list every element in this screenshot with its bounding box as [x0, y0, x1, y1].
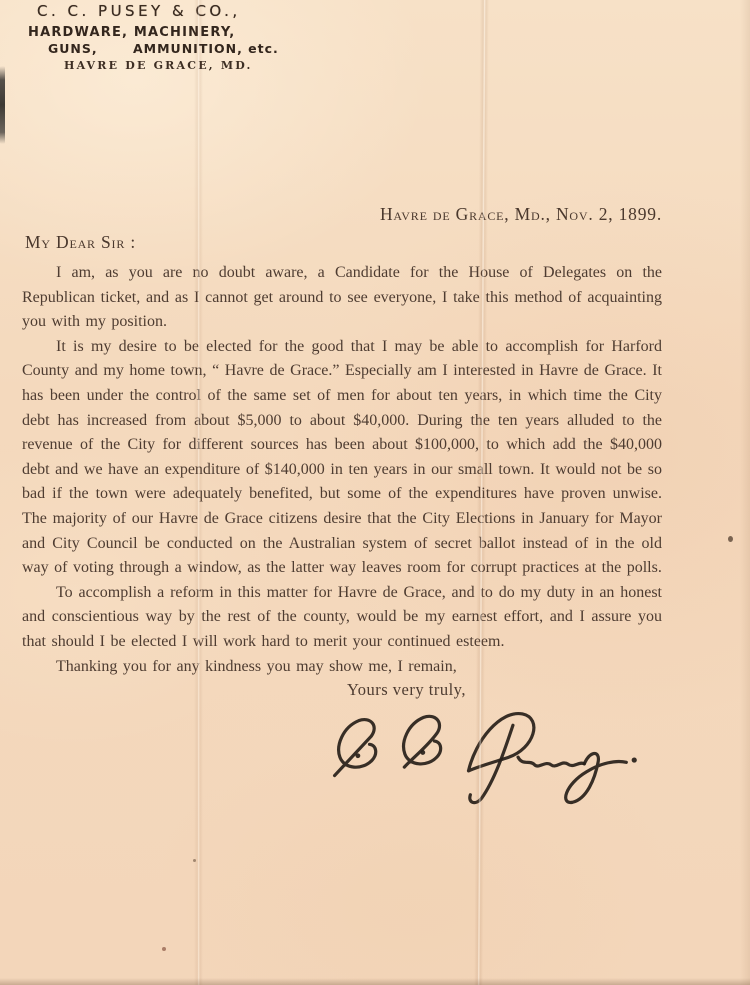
- letterhead-company-name: C. C. PUSEY & CO.,: [37, 2, 241, 20]
- paragraph-1: I am, as you are no doubt aware, a Candi…: [22, 261, 662, 335]
- salutation: My Dear Sir :: [25, 231, 750, 253]
- letter-body: I am, as you are no doubt aware, a Candi…: [22, 261, 662, 679]
- dateline: Havre de Grace, Md., Nov. 2, 1899.: [0, 204, 750, 225]
- ink-speck: [193, 859, 196, 862]
- signature: [328, 704, 658, 812]
- paragraph-2: It is my desire to be elected for the go…: [22, 335, 662, 581]
- scanned-letter: C. C. PUSEY & CO., HARDWARE, MACHINERY, …: [0, 0, 750, 985]
- closing-valediction: Yours very truly,: [347, 680, 750, 700]
- letterhead-products-ammunition: AMMUNITION, etc.: [133, 41, 279, 56]
- paragraph-3: To accomplish a reform in this matter fo…: [22, 581, 662, 655]
- paper-bottom-edge-shadow: [0, 978, 750, 985]
- letterhead: C. C. PUSEY & CO., HARDWARE, MACHINERY, …: [0, 0, 750, 75]
- scan-edge-mark: [0, 66, 5, 144]
- paper-right-edge-shade: [740, 0, 750, 985]
- letterhead-products-line1: HARDWARE, MACHINERY,: [28, 25, 235, 40]
- signature-autograph: [326, 698, 659, 813]
- paragraph-4: Thanking you for any kindness you may sh…: [22, 655, 662, 680]
- letterhead-products-guns: GUNS,: [48, 41, 98, 56]
- ink-speck: [162, 947, 166, 951]
- letterhead-city: HAVRE DE GRACE, MD.: [64, 59, 253, 72]
- ink-speck: [728, 536, 733, 542]
